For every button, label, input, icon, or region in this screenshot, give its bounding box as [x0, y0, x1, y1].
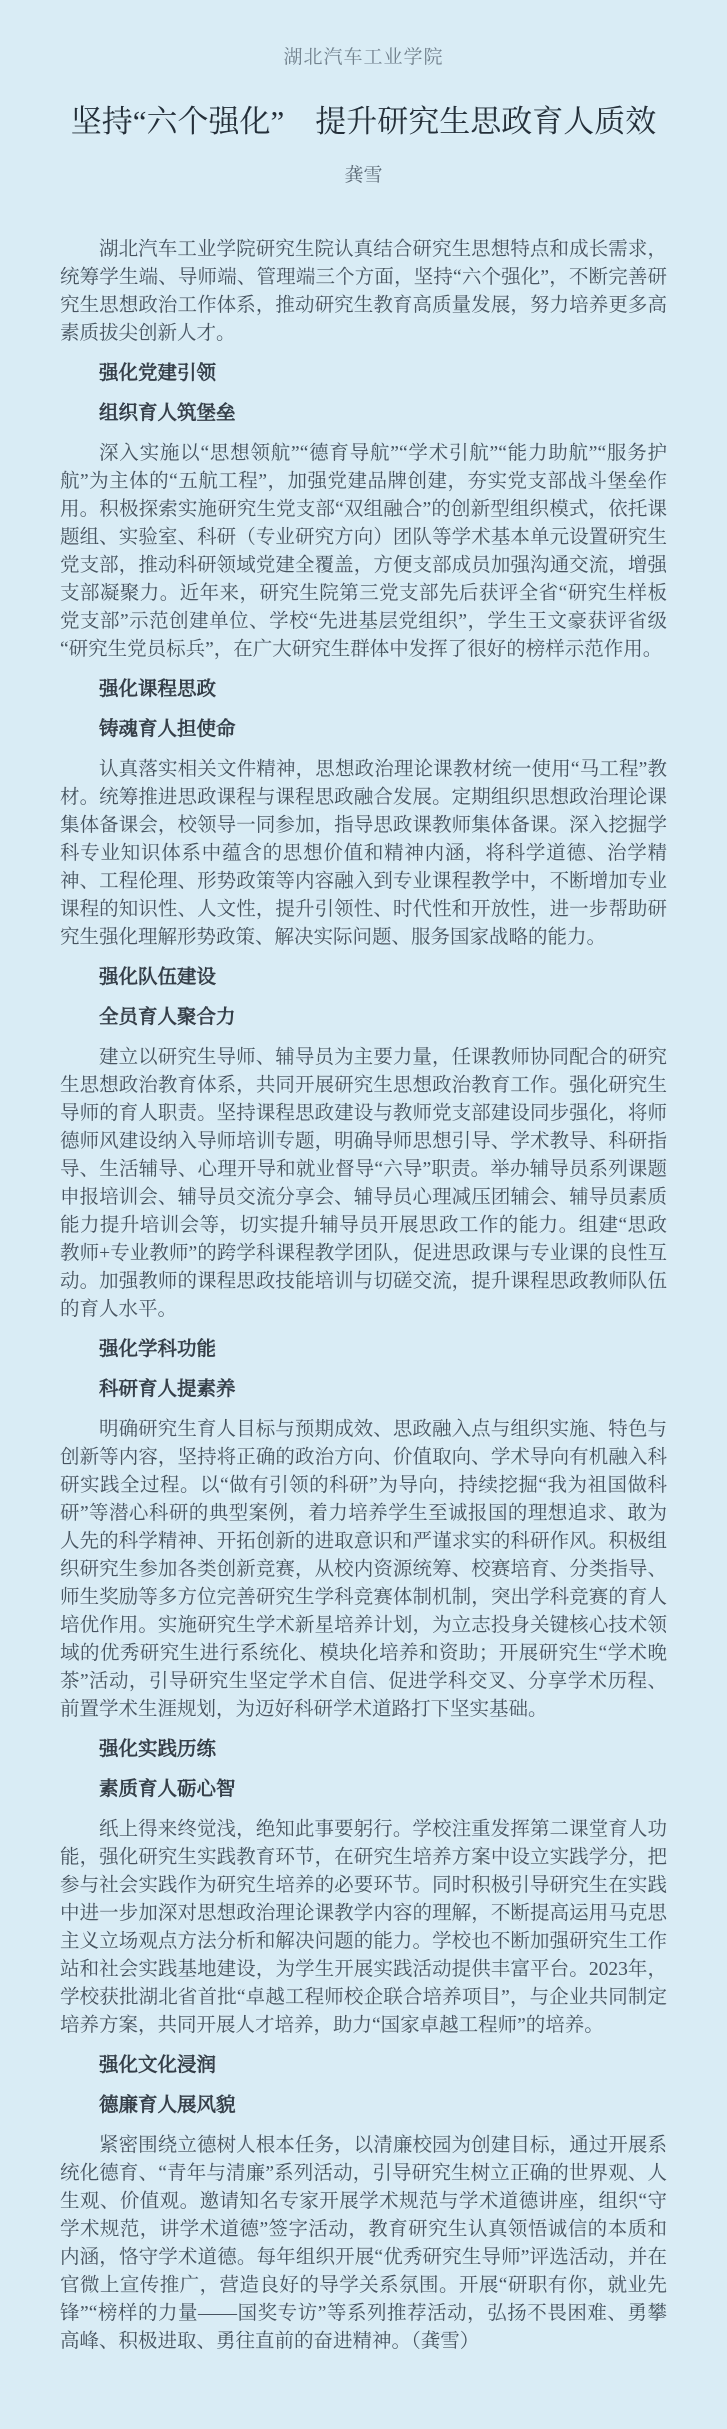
author-byline: 龚雪	[60, 162, 667, 190]
section-5-subtitle-heading: 素质育人砺心智	[60, 1776, 667, 1804]
document-page: 湖北汽车工业学院 坚持“六个强化” 提升研究生思政育人质效 龚雪 湖北汽车工业学…	[0, 0, 727, 2429]
section-6-paragraph: 紧密围绕立德树人根本任务，以清廉校园为创建目标，通过开展系统化德育、“青年与清廉…	[60, 2132, 667, 2356]
section-6-slogan-heading: 强化文化浸润	[60, 2052, 667, 2080]
section-4-slogan-heading: 强化学科功能	[60, 1336, 667, 1364]
section-6-subtitle-heading: 德廉育人展风貌	[60, 2092, 667, 2120]
section-1-paragraph: 深入实施以“思想领航”“德育导航”“学术引航”“能力助航”“服务护航”为主体的“…	[60, 440, 667, 664]
section-2-paragraph: 认真落实相关文件精神，思想政治理论课教材统一使用“马工程”教材。统筹推进思政课程…	[60, 756, 667, 952]
section-3-subtitle-heading: 全员育人聚合力	[60, 1004, 667, 1032]
article-title: 坚持“六个强化” 提升研究生思政育人质效	[60, 100, 667, 144]
school-name-header: 湖北汽车工业学院	[60, 44, 667, 72]
section-3-slogan-heading: 强化队伍建设	[60, 964, 667, 992]
section-1-slogan-heading: 强化党建引领	[60, 360, 667, 388]
section-2-slogan-heading: 强化课程思政	[60, 676, 667, 704]
section-1-subtitle-heading: 组织育人筑堡垒	[60, 400, 667, 428]
intro-paragraph: 湖北汽车工业学院研究生院认真结合研究生思想特点和成长需求，统筹学生端、导师端、管…	[60, 236, 667, 348]
section-4-subtitle-heading: 科研育人提素养	[60, 1376, 667, 1404]
section-2-subtitle-heading: 铸魂育人担使命	[60, 716, 667, 744]
section-5-slogan-heading: 强化实践历练	[60, 1736, 667, 1764]
section-4-paragraph: 明确研究生育人目标与预期成效、思政融入点与组织实施、特色与创新等内容，坚持将正确…	[60, 1416, 667, 1724]
section-3-paragraph: 建立以研究生导师、辅导员为主要力量，任课教师协同配合的研究生思想政治教育体系，共…	[60, 1044, 667, 1324]
section-5-paragraph: 纸上得来终觉浅，绝知此事要躬行。学校注重发挥第二课堂育人功能，强化研究生实践教育…	[60, 1816, 667, 2040]
